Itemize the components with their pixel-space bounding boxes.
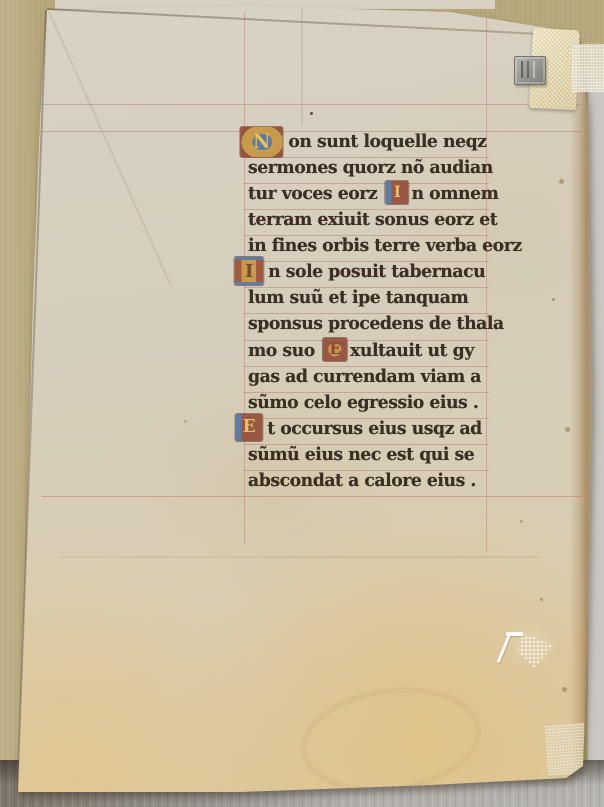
manuscript-text: sponsus procedens de thala: [248, 313, 504, 334]
manuscript-text: sũmo celo egressio eius .: [248, 392, 478, 413]
metal-fastener: [514, 56, 546, 85]
manuscript-text-line: Et occursus eius usqz ad: [248, 416, 482, 442]
leaf-crease: [60, 556, 540, 558]
manuscript-text-line: sũmo celo egressio eius .: [248, 390, 478, 416]
manuscript-text-line: lum suũ et ipe tanquam: [248, 285, 468, 311]
manuscript-text: tur voces eorz: [248, 183, 383, 204]
illuminated-initial: I: [235, 257, 264, 285]
manuscript-text-line: terram exiuit sonus eorz et: [248, 207, 497, 233]
manuscript-text: terram exiuit sonus eorz et: [248, 209, 497, 230]
manuscript-text-line: Non sunt loquelle neqz: [248, 129, 487, 155]
manuscript-leaf-wrap: Non sunt loquelle neqzsermones quorz nõ …: [0, 0, 604, 807]
manuscript-text-line: sermones quorz nõ audian: [248, 155, 493, 181]
archival-tape-patch: [544, 723, 587, 776]
water-stain: [294, 676, 489, 804]
manuscript-text: gas ad currendam viam a: [248, 366, 481, 387]
ruling-line: [42, 104, 581, 105]
archival-tape-strip: [571, 44, 604, 92]
embossed-stamp: [500, 620, 558, 672]
manuscript-text-line: sũmũ eius nec est qui se: [248, 442, 474, 468]
manuscript-text: on sunt loquelle neqz: [288, 131, 486, 152]
manuscript-text: t occursus eius usqz ad: [267, 418, 482, 439]
stamp-mark-icon: [497, 634, 511, 663]
manuscript-text: lum suũ et ipe tanquam: [248, 287, 468, 308]
ruling-line: [42, 496, 581, 497]
manuscript-text: sermones quorz nõ audian: [248, 157, 493, 178]
manuscript-text: in fines orbis terre verba eorz: [248, 235, 522, 256]
leaf-crease: [48, 11, 172, 286]
manuscript-text: abscondat a calore eius .: [248, 470, 476, 491]
manuscript-text-line: tur voces eorz In omnem: [248, 181, 498, 207]
illuminated-initial: E: [323, 338, 347, 361]
illuminated-initial: I: [386, 181, 409, 204]
manuscript-text-line: in fines orbis terre verba eorz: [248, 233, 522, 259]
manuscript-text-line: gas ad currendam viam a: [248, 364, 481, 390]
manuscript-text-line: sponsus procedens de thala: [248, 311, 504, 337]
illuminated-initial: N: [240, 127, 282, 157]
manuscript-text: mo suo: [248, 340, 320, 361]
leaf-gilt-edge: [570, 60, 592, 772]
manuscript-text: n sole posuit tabernacu: [268, 261, 485, 282]
manuscript-text-line: In sole posuit tabernacu: [248, 259, 485, 285]
leaf-crease: [301, 6, 303, 126]
manuscript-text: n omnem: [412, 183, 499, 204]
illuminated-initial: E: [236, 414, 263, 441]
manuscript-text: sũmũ eius nec est qui se: [248, 444, 474, 465]
ruling-line-vertical: [486, 16, 487, 552]
manuscript-text: xultauit ut gy: [350, 340, 474, 361]
manuscript-text-line: mo suo Exultauit ut gy: [248, 338, 474, 364]
manuscript-leaf: Non sunt loquelle neqzsermones quorz nõ …: [0, 0, 604, 807]
manuscript-text-line: abscondat a calore eius .: [248, 468, 476, 494]
photo-canvas: Non sunt loquelle neqzsermones quorz nõ …: [0, 0, 604, 807]
foxing-specks: [0, 0, 3, 3]
